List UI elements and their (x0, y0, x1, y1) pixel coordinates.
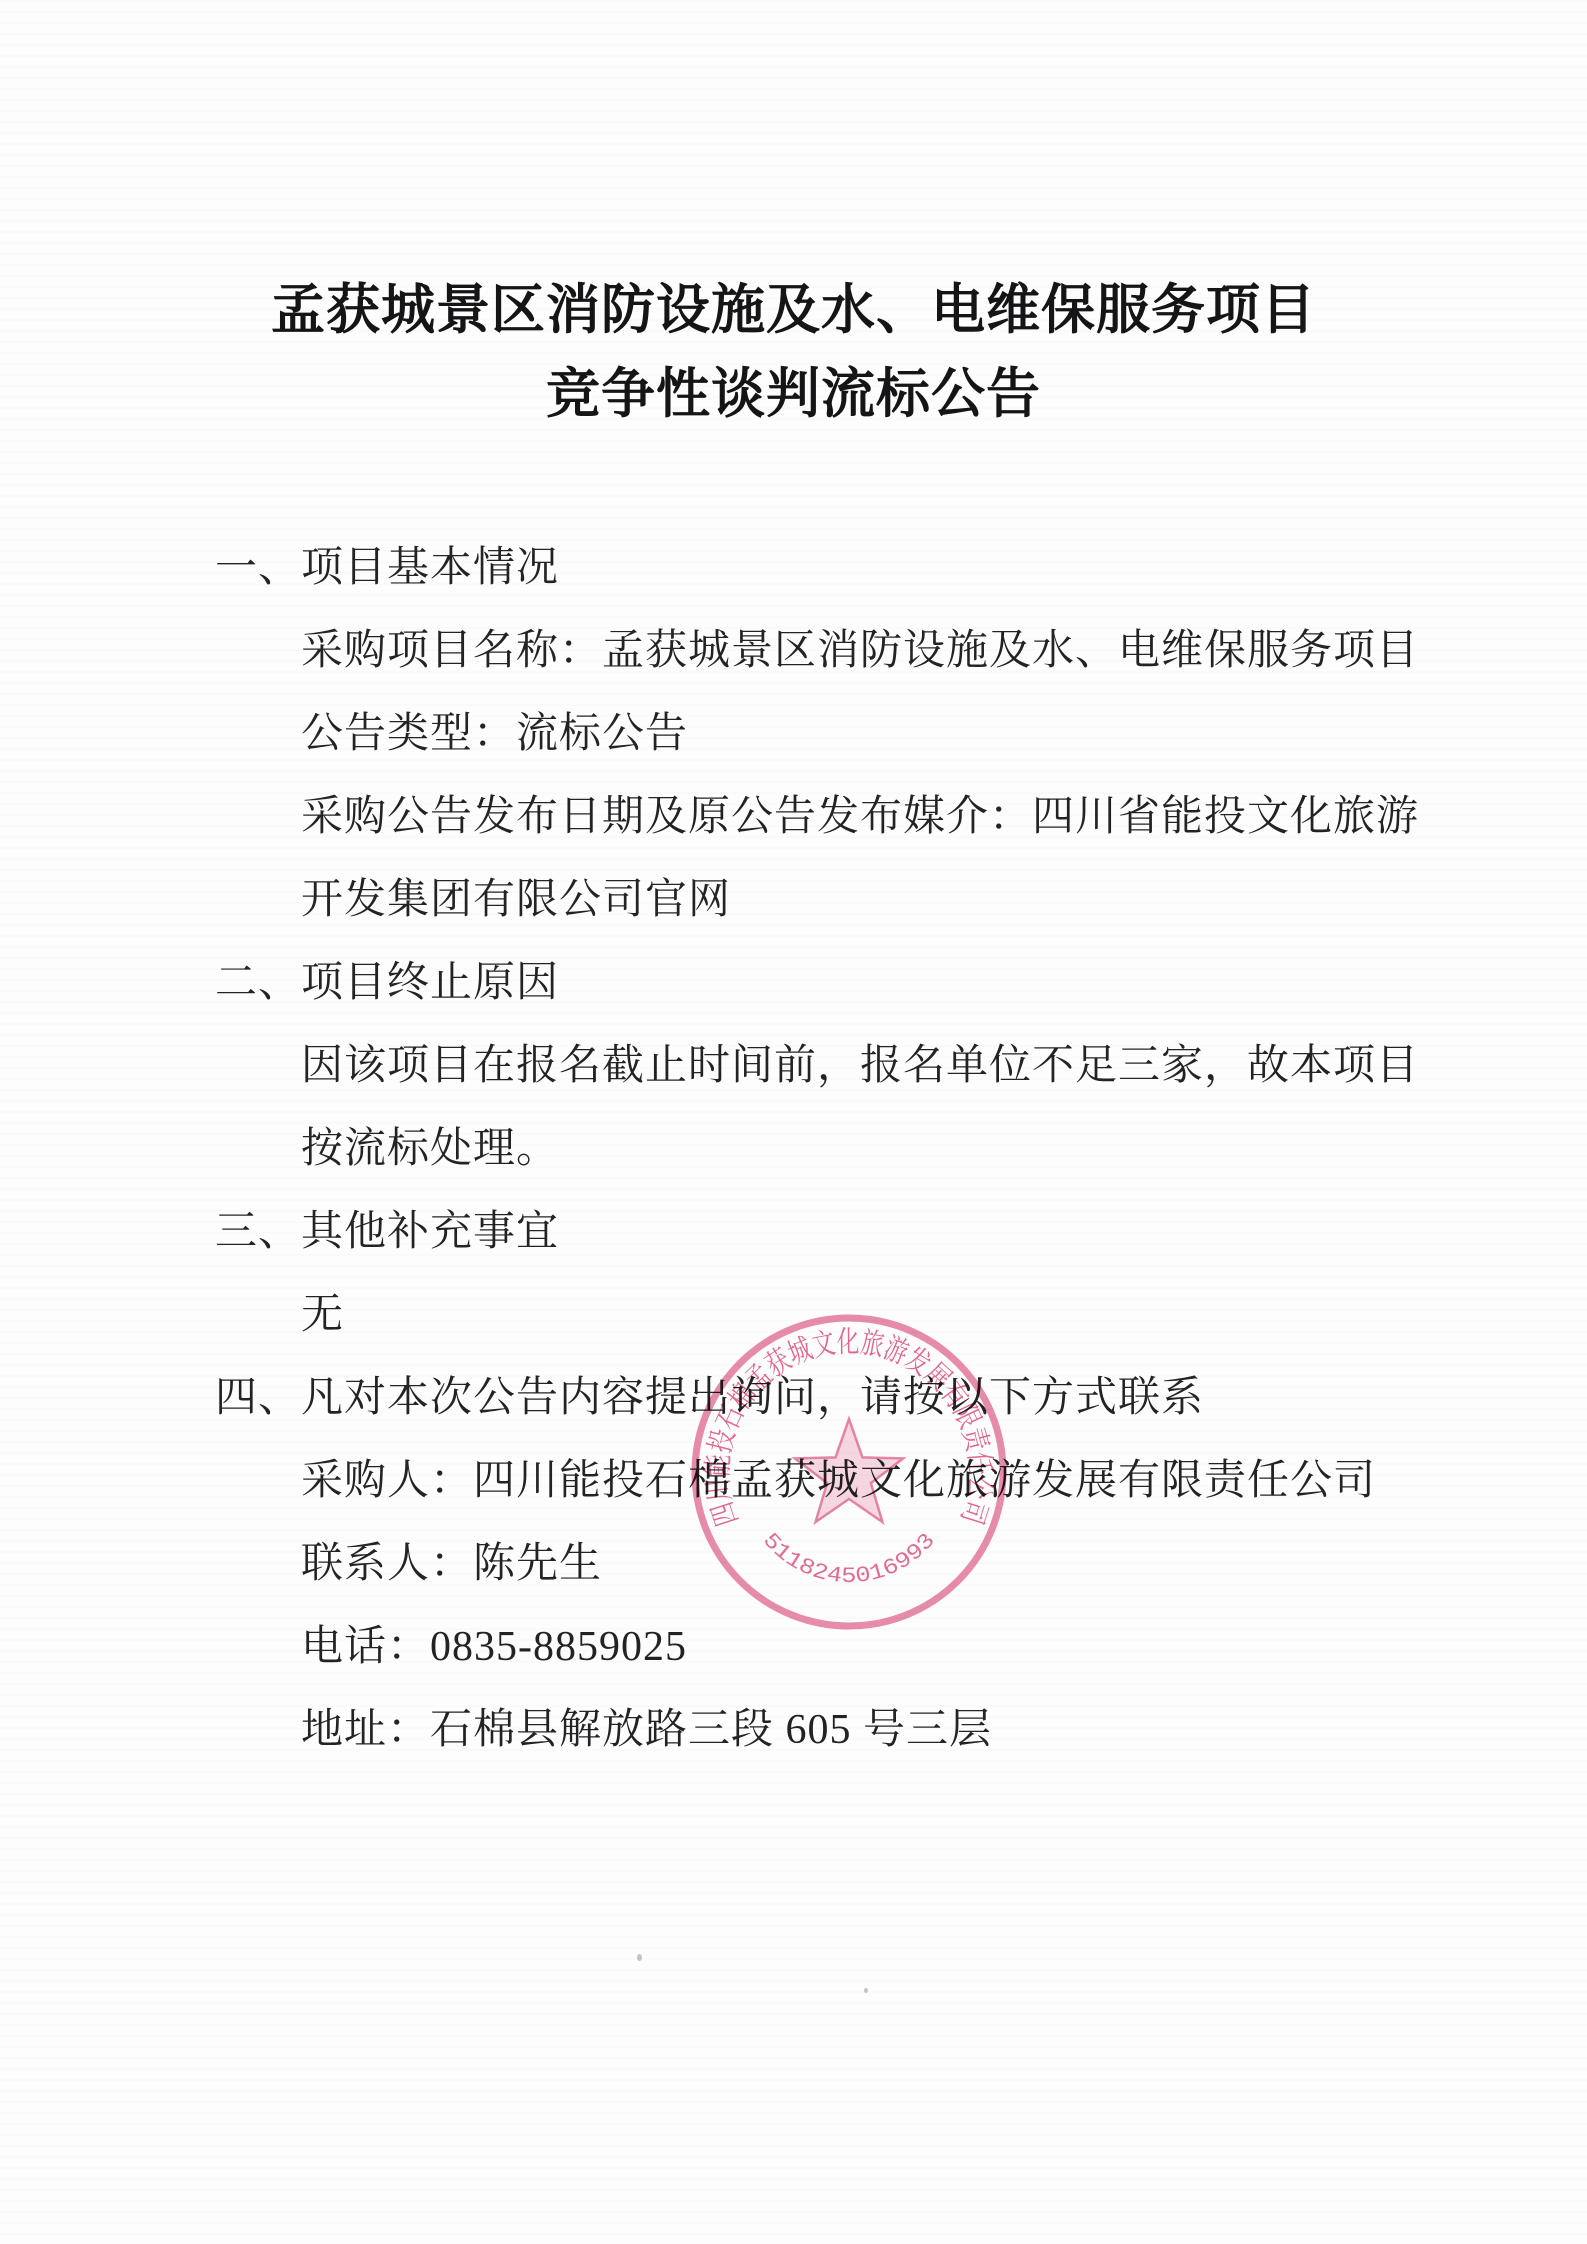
section-heading-2: 二、项目终止原因 (215, 942, 1437, 1025)
scan-speck (864, 1988, 868, 1993)
address-line: 地址：石棉县解放路三段 605 号三层 (215, 1689, 1437, 1772)
section-heading-3: 三、其他补充事宜 (215, 1191, 1437, 1274)
section-heading-4: 四、凡对本次公告内容提出询问，请按以下方式联系 (215, 1357, 1437, 1440)
purchaser-line: 采购人：四川能投石棉孟获城文化旅游发展有限责任公司 (215, 1440, 1437, 1523)
termination-reason-line: 因该项目在报名截止时间前，报名单位不足三家，故本项目 (215, 1025, 1437, 1108)
document-title: 孟获城景区消防设施及水、电维保服务项目 竞争性谈判流标公告 (0, 268, 1587, 436)
termination-reason-line2: 按流标处理。 (215, 1108, 1437, 1191)
publish-media-line: 采购公告发布日期及原公告发布媒介：四川省能投文化旅游 (215, 776, 1437, 859)
scan-speck (637, 1954, 642, 1961)
document-title-line2: 竞争性谈判流标公告 (0, 352, 1587, 436)
document-page: 孟获城景区消防设施及水、电维保服务项目 竞争性谈判流标公告 一、项目基本情况 采… (0, 0, 1587, 2244)
publish-media-line2: 开发集团有限公司官网 (215, 859, 1437, 942)
phone-line: 电话：0835-8859025 (215, 1606, 1437, 1689)
notice-type-line: 公告类型：流标公告 (215, 693, 1437, 776)
section-heading-1: 一、项目基本情况 (215, 527, 1437, 610)
supplement-none-line: 无 (215, 1274, 1437, 1357)
contact-person-line: 联系人：陈先生 (215, 1523, 1437, 1606)
project-name-line: 采购项目名称：孟获城景区消防设施及水、电维保服务项目 (215, 610, 1437, 693)
document-title-line1: 孟获城景区消防设施及水、电维保服务项目 (0, 268, 1587, 352)
document-body: 一、项目基本情况 采购项目名称：孟获城景区消防设施及水、电维保服务项目 公告类型… (215, 527, 1437, 1772)
